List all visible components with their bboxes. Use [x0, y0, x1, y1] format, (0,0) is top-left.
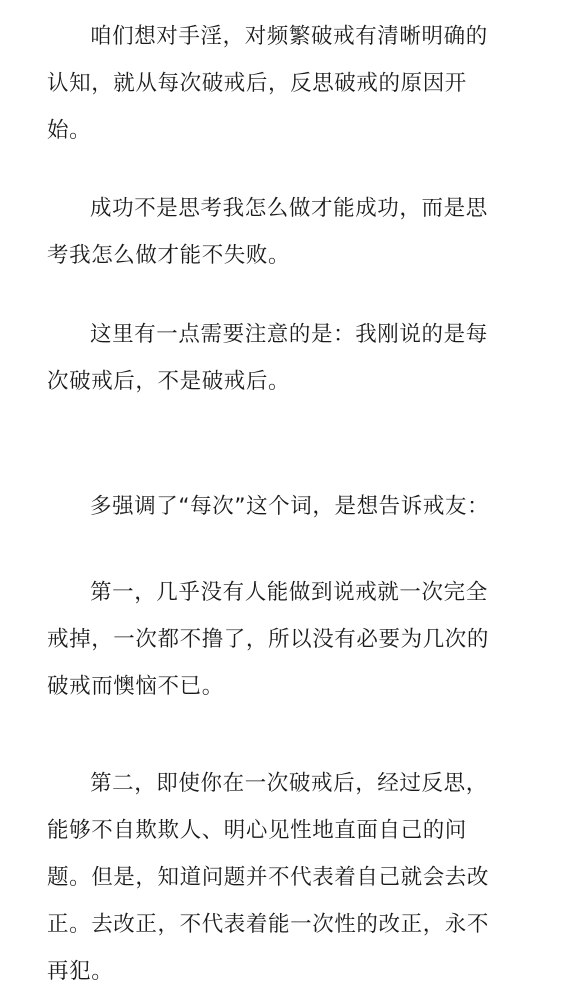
paragraph-line: 成功不是思考我怎么做才能成功，而是思 — [47, 185, 488, 232]
paragraph-line: 戒掉，一次都不撸了，所以没有必要为几次的 — [47, 616, 489, 663]
paragraph-line: 能够不自欺欺人、明心见性地直面自己的问 — [47, 807, 489, 854]
paragraph-line: 始。 — [47, 107, 488, 154]
paragraph-3: 这里有一点需要注意的是：我刚说的是每 次破戒后，不是破戒后。 — [47, 311, 488, 405]
paragraph-line: 多强调了“每次”这个词，是想告诉戒友： — [47, 483, 489, 530]
paragraph-4: 多强调了“每次”这个词，是想告诉戒友： — [47, 483, 489, 530]
paragraph-2: 成功不是思考我怎么做才能成功，而是思 考我怎么做才能不失败。 — [47, 185, 488, 279]
paragraph-line: 题。但是，知道问题并不代表着自己就会去改 — [47, 854, 489, 901]
paragraph-line: 这里有一点需要注意的是：我刚说的是每 — [47, 311, 488, 358]
paragraph-1: 咱们想对手淫，对频繁破戒有清晰明确的 认知，就从每次破戒后，反思破戒的原因开 始… — [47, 13, 488, 154]
paragraph-line: 认知，就从每次破戒后，反思破戒的原因开 — [47, 60, 488, 107]
paragraph-line: 正。去改正，不代表着能一次性的改正，永不 — [47, 901, 489, 948]
paragraph-line: 再犯。 — [47, 948, 489, 992]
paragraph-line: 考我怎么做才能不失败。 — [47, 232, 488, 279]
paragraph-line: 破戒而懊恼不已。 — [47, 663, 489, 710]
paragraph-line: 次破戒后，不是破戒后。 — [47, 358, 488, 405]
paragraph-line: 咱们想对手淫，对频繁破戒有清晰明确的 — [47, 13, 488, 60]
paragraph-5: 第一，几乎没有人能做到说戒就一次完全 戒掉，一次都不撸了，所以没有必要为几次的 … — [47, 569, 489, 710]
paragraph-6: 第二，即使你在一次破戒后，经过反思， 能够不自欺欺人、明心见性地直面自己的问 题… — [47, 760, 489, 992]
paragraph-line: 第二，即使你在一次破戒后，经过反思， — [47, 760, 489, 807]
paragraph-line: 第一，几乎没有人能做到说戒就一次完全 — [47, 569, 489, 616]
